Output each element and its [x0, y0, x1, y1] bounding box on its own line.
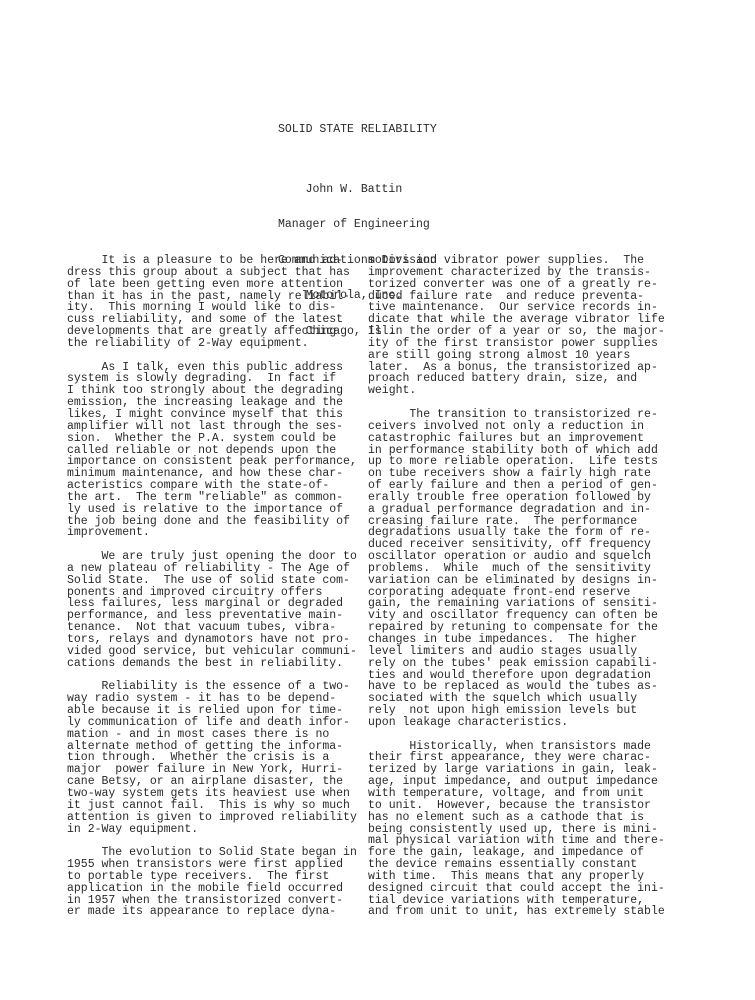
text-line: er made its appearance to replace dyna-	[67, 906, 367, 918]
text-line: variation can be eliminated by designs i…	[368, 575, 668, 587]
text-line: level limiters and audio stages usually	[368, 646, 668, 658]
text-line: improvement characterized by the transis…	[368, 267, 668, 279]
text-line: ity of the first transistor power suppli…	[368, 338, 668, 350]
text-line: to unit. However, because the transistor	[368, 800, 668, 812]
text-line: in 2-Way equipment.	[67, 824, 367, 836]
text-line: designed circuit that could accept the i…	[368, 883, 668, 895]
text-line: vided good service, but vehicular commun…	[67, 646, 367, 658]
text-line: mation - and in most cases there is no	[67, 729, 367, 741]
text-line: to portable type receivers. The first	[67, 871, 367, 883]
text-line: ceivers involved not only a reduction in	[368, 421, 668, 433]
text-line: a gradual performance degradation and in…	[368, 504, 668, 516]
text-line: the reliability of 2-Way equipment.	[67, 338, 367, 350]
paragraph: It is a pleasure to be here and ad-dress…	[67, 255, 367, 350]
text-line: attention is given to improved reliabili…	[67, 812, 367, 824]
text-line: sion. Whether the P.A. system could be	[67, 433, 367, 445]
document-title: SOLID STATE RELIABILITY	[278, 124, 437, 136]
text-line: application in the mobile field occurred	[67, 883, 367, 895]
text-line: has no element such as a cathode that is	[368, 812, 668, 824]
text-line: it just cannot fail. This is why so much	[67, 800, 367, 812]
text-line: dress this group about a subject that ha…	[67, 267, 367, 279]
author-name: John W. Battin	[278, 184, 437, 196]
text-line: problems. While much of the sensitivity	[368, 563, 668, 575]
paragraph: motors and vibrator power supplies. Thei…	[368, 255, 668, 397]
text-column-right: motors and vibrator power supplies. Thei…	[368, 255, 668, 918]
author-position: Manager of Engineering	[278, 219, 437, 231]
text-line: rely on the tubes' peak emission capabil…	[368, 658, 668, 670]
text-line: cations demands the best in reliability.	[67, 658, 367, 670]
paragraph-gap	[368, 729, 668, 741]
paragraph: Reliability is the essence of a two-way …	[67, 681, 367, 835]
text-line: improvement.	[67, 527, 367, 539]
paragraph: The transition to transistorized re-ceiv…	[368, 409, 668, 729]
document-page: SOLID STATE RELIABILITY John W. Battin M…	[0, 0, 755, 1000]
text-line: catastrophic failures but an improvement	[368, 433, 668, 445]
text-line: upon leakage characteristics.	[368, 717, 668, 729]
text-line: with time. This means that any properly	[368, 871, 668, 883]
text-line: ly used is relative to the importance of	[67, 504, 367, 516]
text-line: torized converter was one of a greatly r…	[368, 279, 668, 291]
text-line: Solid State. The use of solid state com-	[67, 575, 367, 587]
paragraph-gap	[67, 350, 367, 362]
text-line: ly communication of life and death infor…	[67, 717, 367, 729]
text-line: amplifier will not last through the ses-	[67, 421, 367, 433]
paragraph: As I talk, even this public addresssyste…	[67, 362, 367, 540]
text-line: of late been getting even more attention	[67, 279, 367, 291]
text-column-left: It is a pleasure to be here and ad-dress…	[67, 255, 367, 918]
paragraph: We are truly just opening the door toa n…	[67, 551, 367, 669]
text-line: the art. The term "reliable" as common-	[67, 492, 367, 504]
text-line: and from unit to unit, has extremely sta…	[368, 906, 668, 918]
paragraph: The evolution to Solid State began in195…	[67, 847, 367, 918]
text-line: weight.	[368, 385, 668, 397]
text-line: a new plateau of reliability - The Age o…	[67, 563, 367, 575]
text-line: erally trouble free operation followed b…	[368, 492, 668, 504]
paragraph: Historically, when transistors madetheir…	[368, 741, 668, 919]
text-line: are still going strong almost 10 years	[368, 350, 668, 362]
